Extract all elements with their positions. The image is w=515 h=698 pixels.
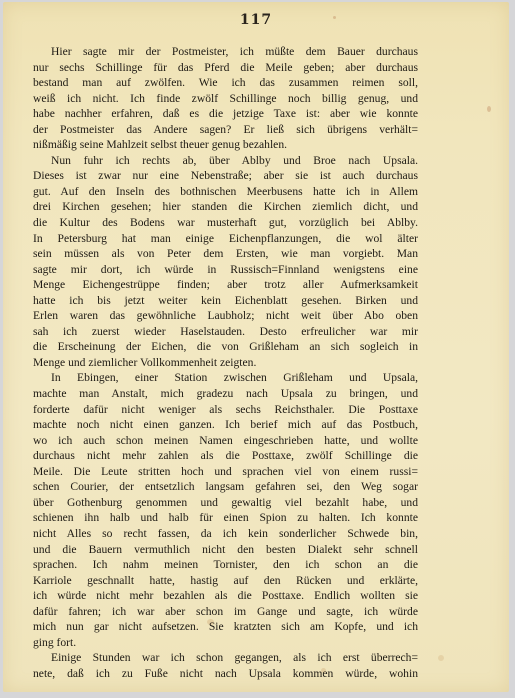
text-line: machte noch nicht einen ganzen. Ich beri… (33, 417, 418, 433)
text-line: Karriole geschnallt hatte, hastig auf de… (33, 573, 418, 589)
text-line: und die Bauern vermuthlich nicht den bes… (33, 542, 418, 558)
text-line: forderte dafür nicht weniger als sechs R… (33, 402, 418, 418)
text-line: nicht Alles so recht fassen, da ich kein… (33, 526, 418, 542)
text-line: In Petersburg hat man einige Eichenpflan… (33, 231, 418, 247)
text-line: wo ich auch schon meinen Namen eingeschr… (33, 433, 418, 449)
text-line: sprachen. Ich nahm meinen Tornister, den… (33, 557, 418, 573)
text-line: nur sechs Schillinge für das Pferd die M… (33, 60, 418, 76)
text-line: der Postmeister das Andere sagen? Er lie… (33, 122, 418, 138)
book-page: 117 Hier sagte mir der Postmeister, ich … (3, 2, 509, 692)
text-line: schienen ihn halb und halb für einen Spi… (33, 510, 418, 526)
paper-stain (487, 106, 491, 112)
page-body-text: Hier sagte mir der Postmeister, ich müßt… (33, 44, 418, 681)
text-line: Erlen waren das gewöhnliche Laubholz; ni… (33, 308, 418, 324)
text-line: habe nachher erfahren, daß es die jetzig… (33, 106, 418, 122)
text-line: die Erscheinung der Eichen, die von Griß… (33, 339, 418, 355)
text-line: Nun fuhr ich rechts ab, über Ablby und B… (33, 153, 418, 169)
text-line: ich würde nicht mehr bezahlen als die Po… (33, 588, 418, 604)
text-line: nißmäßig seine Mahlzeit selbst theuer ge… (33, 137, 418, 153)
text-line: sagte mir dort, ich würde in Russisch=Fi… (33, 262, 418, 278)
text-line: sah ich zuerst wieder Haselstauden. Dest… (33, 324, 418, 340)
text-line: drei Kirchen gesehen; hier standen die K… (33, 199, 418, 215)
page-number: 117 (3, 12, 509, 28)
text-line: bestand man auf zwölfen. Wie ich das zus… (33, 75, 418, 91)
text-line: Einige Stunden war ich schon gegangen, a… (33, 650, 418, 666)
text-line: Hier sagte mir der Postmeister, ich müßt… (33, 44, 418, 60)
text-line: Menge Eichengestrüppe finden; aber trotz… (33, 277, 418, 293)
text-line: weiß ich nicht. Ich finde zwölf Schillin… (33, 91, 418, 107)
text-line: hatte ich bis jetzt weiter kein Eichenbl… (33, 293, 418, 309)
text-line: In Ebingen, einer Station zwischen Grißl… (33, 370, 418, 386)
text-line: Meile. Die Leute stritten hoch und sprac… (33, 464, 418, 480)
text-line: machte man Anstalt, mich gradezu nach Up… (33, 386, 418, 402)
text-line: Dieses ist zwar nur eine Nebenstraße; ab… (33, 168, 418, 184)
text-line: durchaus nicht mehr zahlen als die Postt… (33, 448, 418, 464)
text-line: schen Courier, der entsetzlich langsam g… (33, 479, 418, 495)
paper-stain (438, 655, 444, 661)
text-line: nete, daß ich zu Fuße nicht nach Upsala … (33, 666, 418, 682)
text-line: die Kultur des Bodens war musterhaft gut… (33, 215, 418, 231)
text-line: Menge und ziemlicher Vollkommenheit zeig… (33, 355, 418, 371)
text-line: mich nun gar nicht aufsetzen. Sie kratzt… (33, 619, 418, 635)
text-line: über Gothenburg genommen und gewaltig vi… (33, 495, 418, 511)
text-line: gut. Auf den Inseln des bothnischen Meer… (33, 184, 418, 200)
text-line: sein müssen als von Peter dem Ersten, wi… (33, 246, 418, 262)
text-line: ging fort. (33, 635, 418, 651)
text-line: dafür fahren; ich war aber schon im Gang… (33, 604, 418, 620)
